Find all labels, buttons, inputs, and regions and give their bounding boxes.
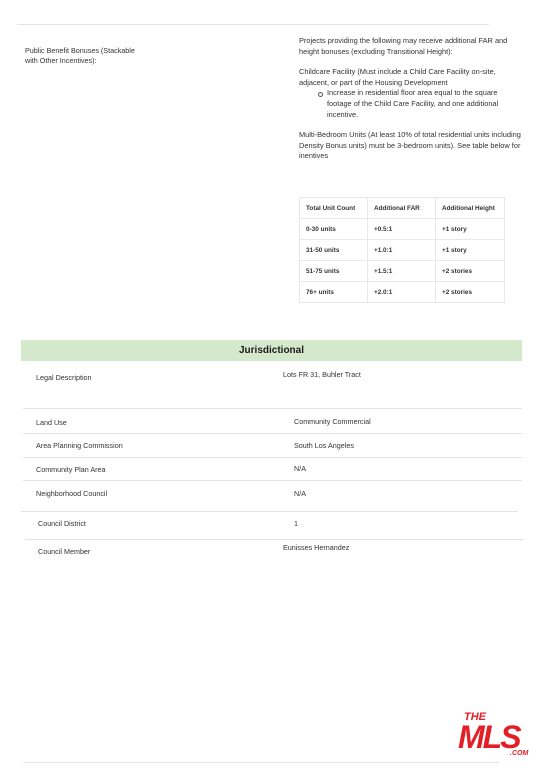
land-use-value: Community Commercial	[294, 417, 371, 426]
unit-count-cell: 51-75 units	[300, 261, 368, 282]
top-divider	[17, 24, 489, 25]
table-row: 0-30 units +0.5:1 +1 story	[300, 219, 505, 240]
row-divider	[21, 511, 518, 512]
row-divider	[23, 480, 522, 481]
far-cell: +1.0:1	[368, 240, 436, 261]
header-additional-far: Additional FAR	[368, 198, 436, 219]
height-cell: +1 story	[436, 219, 505, 240]
multibedroom-text: Multi-Bedroom Units (At least 10% of tot…	[299, 130, 521, 162]
height-cell: +1 story	[436, 240, 505, 261]
far-cell: +0.5:1	[368, 219, 436, 240]
childcare-list: Increase in residential floor area equal…	[299, 88, 521, 120]
legal-description-value: Lots FR 31, Buhler Tract	[283, 370, 361, 379]
unit-count-cell: 76+ units	[300, 282, 368, 303]
unit-count-cell: 31-50 units	[300, 240, 368, 261]
row-divider	[23, 457, 522, 458]
table-row: 31-50 units +1.0:1 +1 story	[300, 240, 505, 261]
neighborhood-council-value: N/A	[294, 489, 306, 498]
council-member-label: Council Member	[38, 547, 90, 556]
legal-description-label: Legal Description	[36, 373, 92, 382]
height-cell: +2 stories	[436, 282, 505, 303]
header-additional-height: Additional Height	[436, 198, 505, 219]
community-plan-area-label: Community Plan Area	[36, 465, 106, 474]
jurisdictional-section-header: Jurisdictional	[21, 340, 522, 361]
table-row: 51-75 units +1.5:1 +2 stories	[300, 261, 505, 282]
council-district-value: 1	[294, 519, 298, 528]
row-divider	[23, 433, 522, 434]
council-member-value: Eunisses Hernandez	[283, 543, 349, 552]
table-header-row: Total Unit Count Additional FAR Addition…	[300, 198, 505, 219]
row-divider	[25, 539, 523, 540]
themls-logo: THE MLS .COM	[458, 708, 538, 758]
multi-bedroom-incentives-table: Total Unit Count Additional FAR Addition…	[299, 197, 505, 303]
bottom-divider	[23, 762, 499, 763]
themls-logo-icon: THE MLS .COM	[458, 708, 538, 758]
unit-count-cell: 0-30 units	[300, 219, 368, 240]
community-plan-area-value: N/A	[294, 464, 306, 473]
area-planning-commission-label: Area Planning Commission	[36, 441, 123, 450]
svg-text:.COM: .COM	[510, 750, 528, 757]
neighborhood-council-label: Neighborhood Council	[36, 489, 107, 498]
height-cell: +2 stories	[436, 261, 505, 282]
far-cell: +1.5:1	[368, 261, 436, 282]
far-cell: +2.0:1	[368, 282, 436, 303]
header-total-unit-count: Total Unit Count	[300, 198, 368, 219]
row-divider	[23, 408, 522, 409]
bonuses-description: Projects providing the following may rec…	[299, 36, 521, 172]
council-district-label: Council District	[38, 519, 86, 528]
public-benefit-bonuses-label: Public Benefit Bonuses (Stackable with O…	[25, 46, 135, 66]
area-planning-commission-value: South Los Angeles	[294, 441, 354, 450]
childcare-bullet: Increase in residential floor area equal…	[327, 88, 521, 120]
land-use-label: Land Use	[36, 418, 67, 427]
childcare-text: Childcare Facility (Must include a Child…	[299, 67, 521, 88]
bonuses-intro: Projects providing the following may rec…	[299, 36, 521, 57]
table-row: 76+ units +2.0:1 +2 stories	[300, 282, 505, 303]
